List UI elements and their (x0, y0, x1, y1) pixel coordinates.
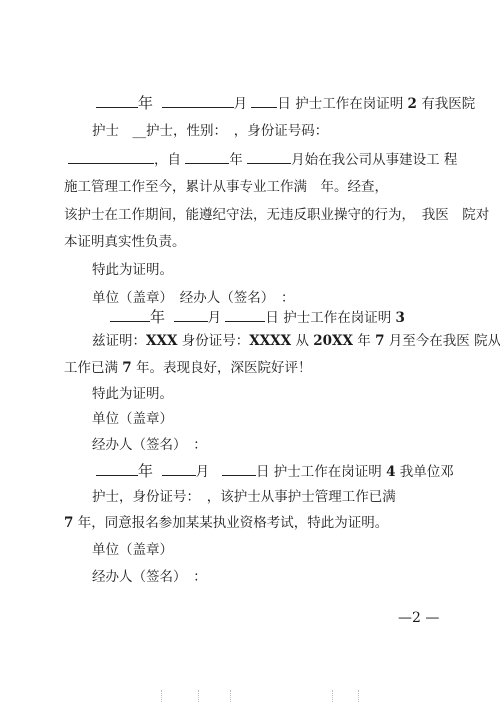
cert2-line5: 该护士在工作期间，能遵纪守法，无违反职业操守的行为， 我医 院对 (64, 206, 489, 224)
start-year: 20XX (313, 333, 353, 349)
text: 年，同意报名参加某某执业资格考试，特此为证明。 (78, 515, 389, 531)
month-label: 月 (234, 96, 248, 112)
cert4-line2: 护士，身份证号： ，该护士从事护士管理工作已满 (92, 488, 396, 506)
month-blank (162, 463, 196, 476)
year-blank (96, 95, 138, 108)
day-label: 日 (265, 310, 279, 326)
cert-title: 护士工作在岗证明 (274, 464, 382, 480)
cert-number: 3 (396, 310, 405, 326)
cert-number: 4 (386, 464, 395, 480)
text: 年 (357, 333, 371, 349)
scan-mark (161, 690, 163, 702)
year-blank (96, 463, 138, 476)
cert4-heading: 年 月 日 护士工作在岗证明 4 我单位邓 (96, 462, 454, 481)
person-name: XXX (146, 333, 177, 349)
text: 身份证号： (182, 333, 250, 349)
cert2-line3: ，自 年 月始在我公司从事建设工 程 (68, 151, 457, 169)
cert2-line6: 本证明真实性负责。 (64, 233, 186, 251)
cert4-unit: 单位（盖章） (92, 541, 173, 559)
cert3-line2: 工作已满 7 年。表现良好，深医院好评！ (64, 359, 312, 377)
month-blank (174, 309, 208, 322)
year-label: 年 (229, 152, 243, 168)
line3-tail: 月始在我公司从事建设工 程 (291, 152, 457, 168)
cert3-unit: 单位（盖章） (92, 410, 173, 428)
cert3-heading: 年 月 日 护士工作在岗证明 3 (110, 308, 405, 327)
from-label: ，自 (154, 152, 181, 168)
scan-marks (0, 690, 500, 702)
scan-mark (332, 690, 334, 702)
cert3-body: 兹证明：XXX 身份证号：XXXX 从 20XX 年 7 月至今在我医 院从护士 (92, 332, 500, 350)
scan-mark (230, 690, 232, 702)
cert-title: 护士工作在岗证明 (283, 310, 391, 326)
text: 年。表现良好，深医院好评！ (136, 360, 312, 376)
month-blank (162, 95, 234, 108)
scan-mark (198, 690, 200, 702)
heading-trail: 有我医院 (421, 96, 475, 112)
day-blank (225, 309, 265, 322)
heading-trail: 我单位邓 (400, 464, 454, 480)
day-label: 日 (256, 464, 270, 480)
day-label: 日 (277, 96, 291, 112)
text: 从 (295, 333, 309, 349)
cert2-line2: 护士 __护士，性别： ，身份证号码： (92, 122, 328, 140)
cert-title: 护士工作在岗证明 (295, 96, 403, 112)
text: 工作已满 (64, 360, 118, 376)
text: 兹证明： (92, 333, 146, 349)
text: 月至今在我医 院从护士 (389, 333, 500, 349)
year-label: 年 (138, 462, 153, 480)
start-year-blank (185, 151, 229, 164)
start-month: 7 (375, 333, 384, 349)
cert2-line4: 施工管理工作至今，累计从事专业工作满 年。经查， (64, 178, 388, 196)
cert4-line3: 7 年，同意报名参加某某执业资格考试，特此为证明。 (64, 514, 388, 532)
day-blank (251, 95, 277, 108)
id-number: XXXX (249, 333, 291, 349)
cert3-closing: 特此为证明。 (92, 385, 173, 403)
page-number: —2 — (398, 610, 439, 626)
year-blank (110, 309, 150, 322)
cert-number: 2 (408, 96, 417, 112)
years-count: 7 (64, 515, 73, 531)
cert2-sign: 单位（盖章） 经办人（签名） ： (92, 289, 295, 307)
years-count: 7 (122, 360, 131, 376)
cert4-handler: 经办人（签名） ： (92, 568, 207, 586)
year-label: 年 (150, 308, 165, 326)
scan-mark (358, 690, 360, 702)
day-blank (222, 463, 256, 476)
start-month-blank (247, 151, 291, 164)
cert3-handler: 经办人（签名） ： (92, 436, 207, 454)
year-label: 年 (138, 94, 153, 112)
month-label: 月 (196, 464, 210, 480)
month-label: 月 (208, 310, 222, 326)
cert2-closing: 特此为证明。 (92, 261, 173, 279)
name-blank (68, 151, 154, 164)
cert2-heading: 年 月 日 护士工作在岗证明 2 有我医院 (96, 94, 475, 113)
